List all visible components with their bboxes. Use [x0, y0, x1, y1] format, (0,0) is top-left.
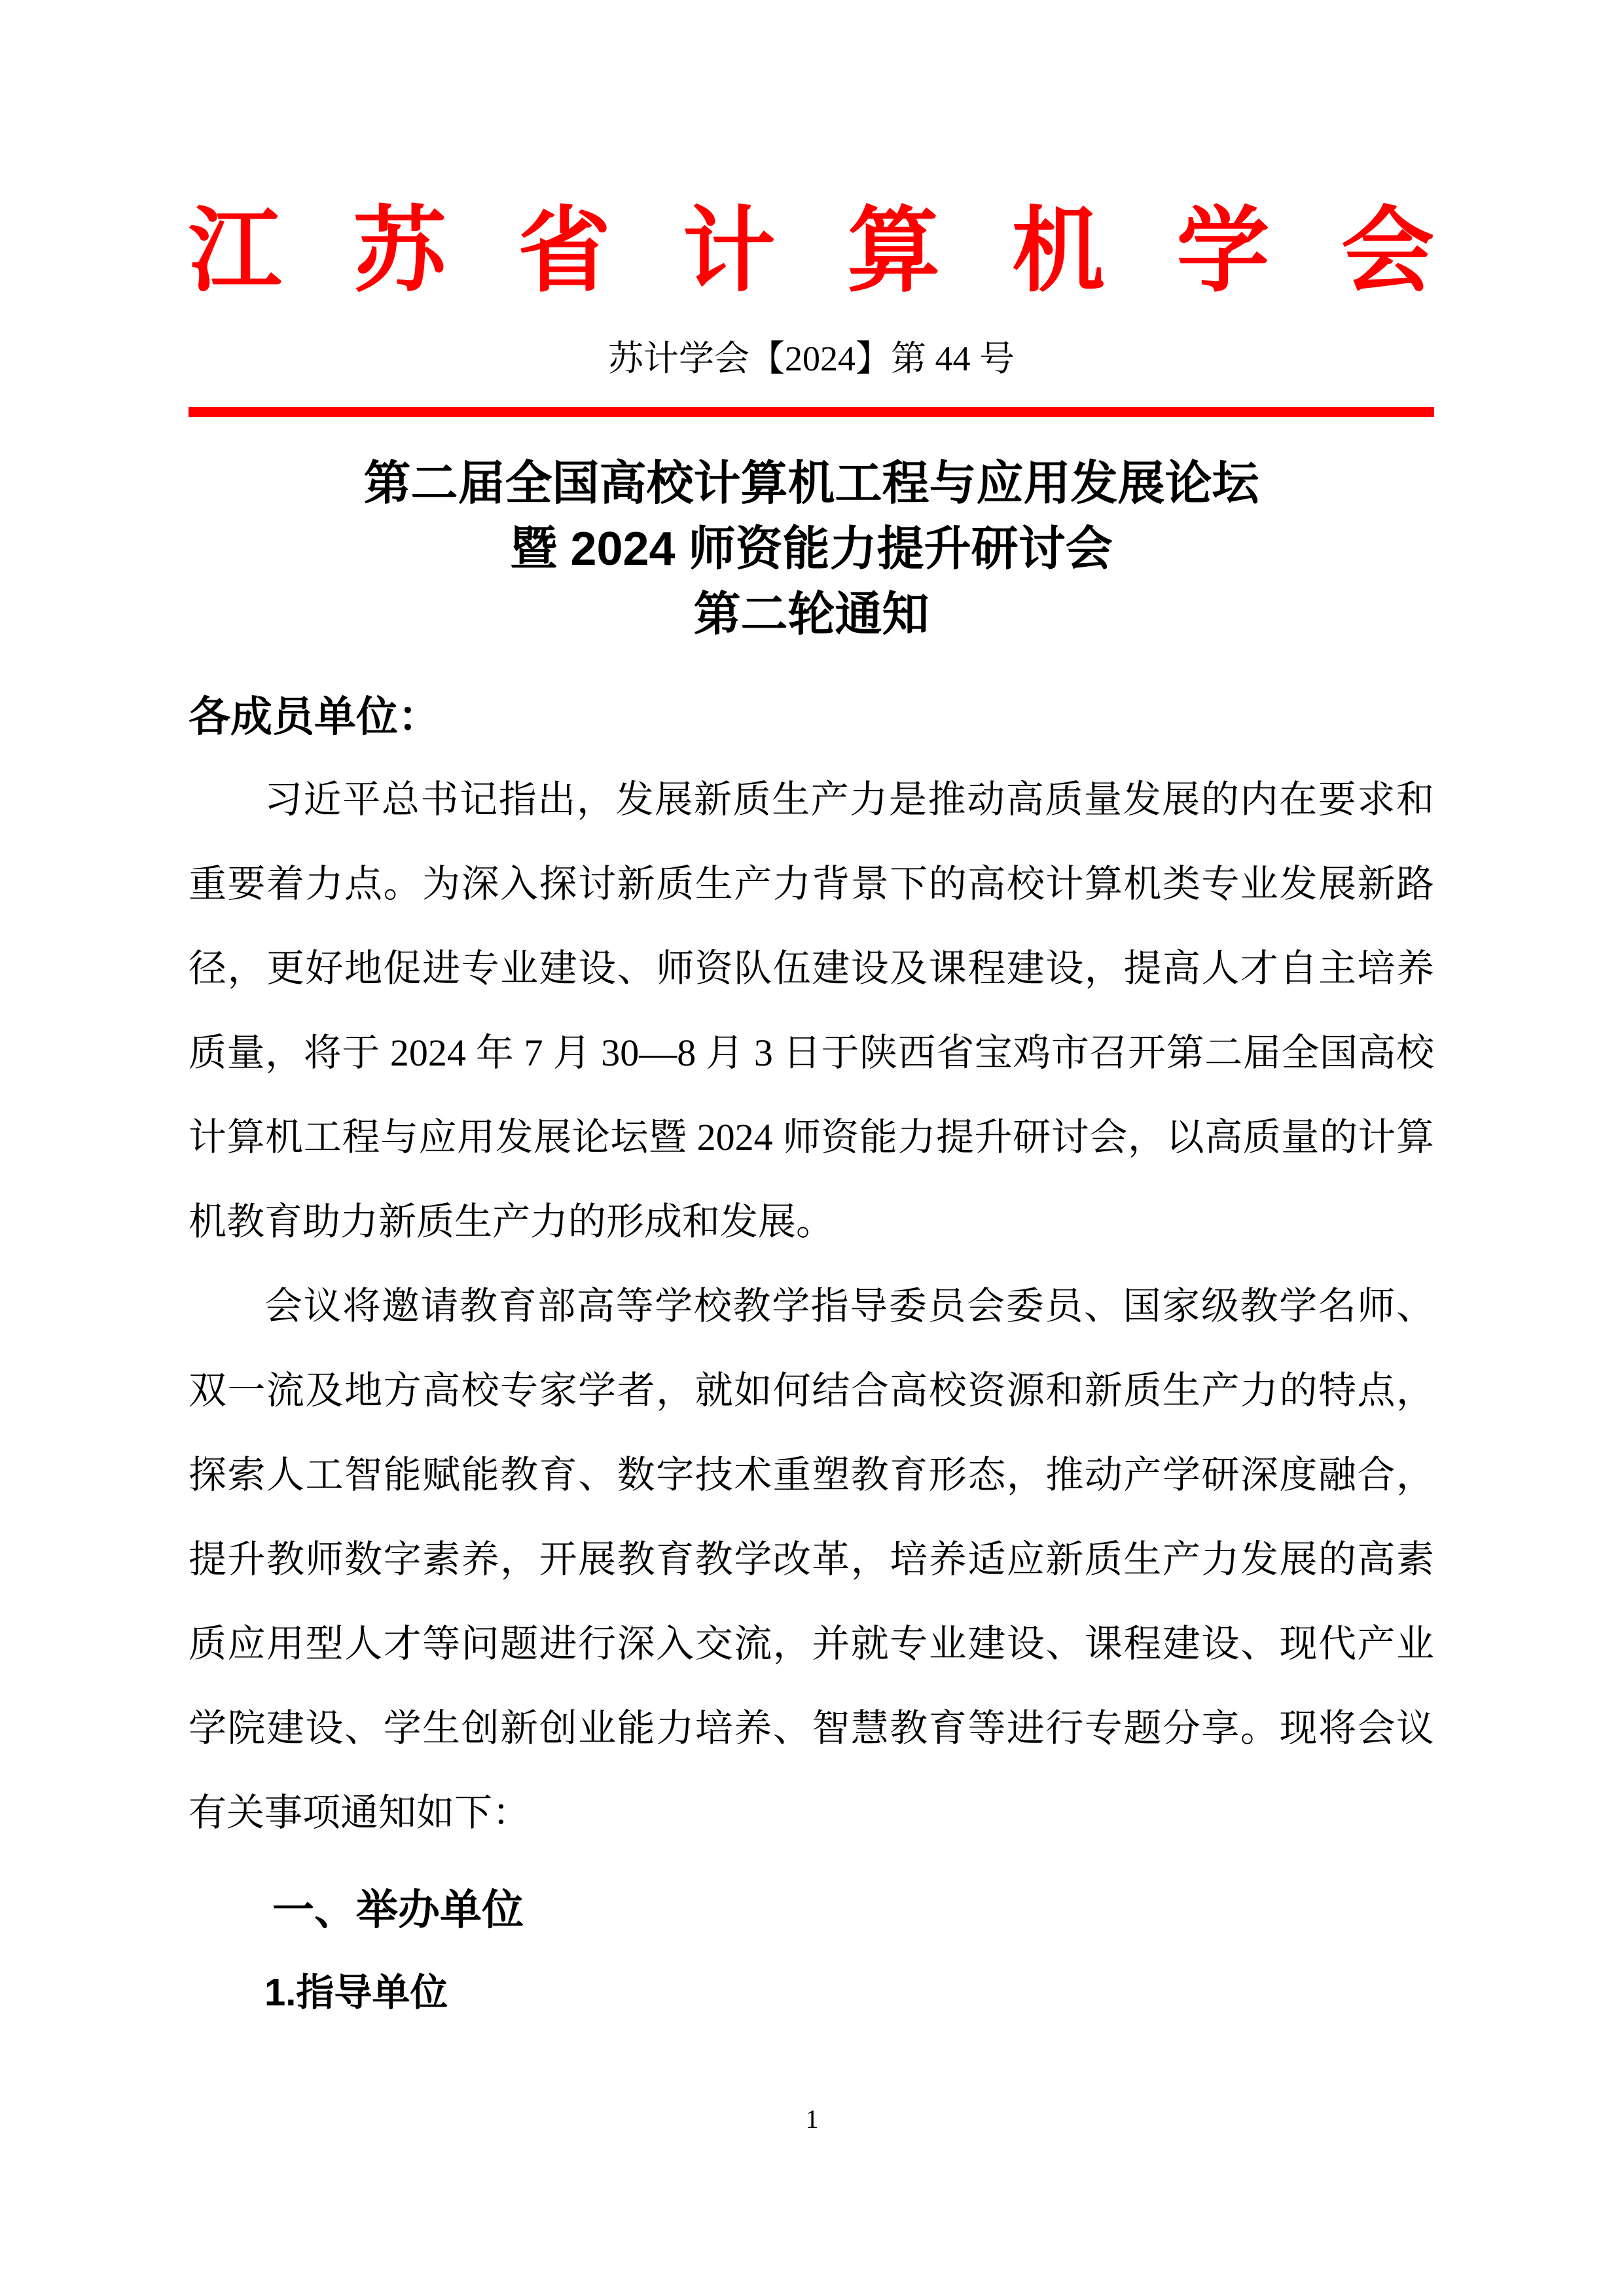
document-page: 江苏省计算机学会 苏计学会【2024】第 44 号 第二届全国高校计算机工程与应…: [0, 0, 1624, 2296]
body-paragraph-2: 会议将邀请教育部高等学校教学指导委员会委员、国家级教学名师、双一流及地方高校专家…: [189, 1264, 1434, 1855]
doc-reference-number: 苏计学会【2024】第 44 号: [189, 336, 1434, 381]
document-content: 江苏省计算机学会 苏计学会【2024】第 44 号 第二届全国高校计算机工程与应…: [189, 196, 1434, 2015]
notice-title-line-3: 第二轮通知: [189, 582, 1434, 647]
section-1-subheading: 1.指导单位: [189, 1971, 1434, 2015]
body-paragraph-1: 习近平总书记指出，发展新质生产力是推动高质量发展的内在要求和重要着力点。为深入探…: [189, 757, 1434, 1264]
red-divider-rule: [189, 407, 1434, 417]
page-number: 1: [0, 2105, 1624, 2134]
section-1-heading: 一、举办单位: [189, 1886, 1434, 1933]
letterhead-org-name: 江苏省计算机学会: [189, 196, 1434, 306]
notice-title: 第二届全国高校计算机工程与应用发展论坛 暨 2024 师资能力提升研讨会 第二轮…: [189, 451, 1434, 647]
notice-title-line-2: 暨 2024 师资能力提升研讨会: [189, 516, 1434, 582]
salutation: 各成员单位：: [189, 693, 1434, 740]
notice-title-line-1: 第二届全国高校计算机工程与应用发展论坛: [189, 451, 1434, 516]
